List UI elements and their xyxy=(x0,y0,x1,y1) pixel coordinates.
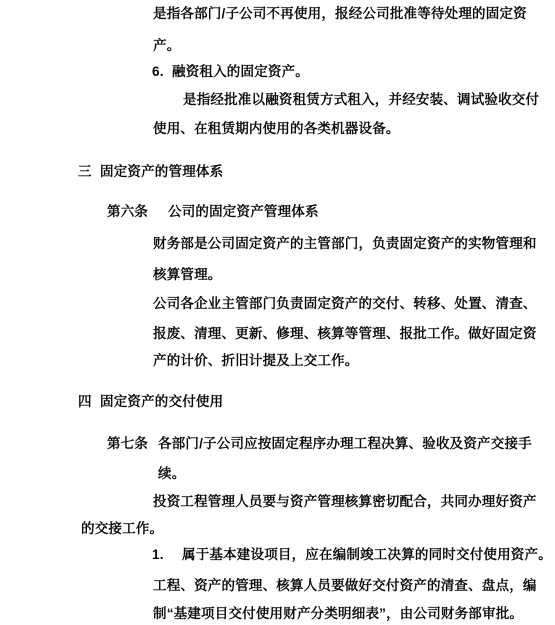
list-item-1: 1.属于基本建设项目，应在编制竣工决算的同时交付使用资产。 xyxy=(152,546,552,563)
section-title: 固定资产的交付使用 xyxy=(100,394,223,409)
paragraph-text: 产。 xyxy=(153,38,180,53)
article-number: 第六条 xyxy=(107,203,168,220)
paragraph-text: 核算管理。 xyxy=(153,267,222,282)
list-item-6: 6.融资租入的固定资产。 xyxy=(152,63,309,80)
paragraph-line: 财务部是公司固定资产的主管部门，负责固定资产的实物管理和 xyxy=(153,235,537,252)
list-item-text: 属于基本建设项目，应在编制竣工决算的同时交付使用资产。 xyxy=(182,547,552,562)
section-title: 固定资产的管理体系 xyxy=(100,164,223,179)
paragraph-line: 是指经批准以融资租赁方式租入，并经安装、调试验收交付 xyxy=(183,91,539,108)
document-page: 是指各部门/子公司不再使用，报经公司批准等待处理的固定资 产。 6.融资租入的固… xyxy=(0,0,555,625)
article-title: 公司的固定资产管理体系 xyxy=(168,204,319,219)
paragraph-line: 续。 xyxy=(158,465,185,482)
paragraph-text: 的交接工作。 xyxy=(81,521,163,536)
paragraph-line: 工程、资产的管理、核算人员要做好交付资产的清查、盘点，编 xyxy=(153,577,537,594)
section-heading-4: 四固定资产的交付使用 xyxy=(78,393,223,410)
paragraph-text: 续。 xyxy=(158,466,185,481)
paragraph-line: 制“基建项目交付使用财产分类明细表”，由公司财务部审批。 xyxy=(153,605,523,622)
paragraph-text: 投资工程管理人员要与资产管理核算密切配合，共同办理好资产 xyxy=(153,494,537,509)
paragraph-line: 使用、在租赁期内使用的各类机器设备。 xyxy=(153,120,400,137)
paragraph-line: 是指各部门/子公司不再使用，报经公司批准等待处理的固定资 xyxy=(153,5,527,22)
section-heading-3: 三固定资产的管理体系 xyxy=(78,163,223,180)
paragraph-text: 是指各部门/子公司不再使用，报经公司批准等待处理的固定资 xyxy=(153,6,527,21)
paragraph-line: 报废、清理、更新、修理、核算等管理、报批工作。做好固定资 xyxy=(153,325,537,342)
paragraph-line: 投资工程管理人员要与资产管理核算密切配合，共同办理好资产 xyxy=(153,493,537,510)
paragraph-text: 公司各企业主管部门负责固定资产的交付、转移、处置、清查、 xyxy=(153,296,537,311)
paragraph-text: 是指经批准以融资租赁方式租入，并经安装、调试验收交付 xyxy=(183,92,539,107)
article-6-heading: 第六条公司的固定资产管理体系 xyxy=(107,203,319,220)
list-item-text: 融资租入的固定资产。 xyxy=(172,64,309,79)
paragraph-text: 报废、清理、更新、修理、核算等管理、报批工作。做好固定资 xyxy=(153,326,537,341)
list-item-number: 6. xyxy=(152,63,172,80)
section-number: 三 xyxy=(78,163,100,180)
paragraph-line: 产的计价、折旧计提及上交工作。 xyxy=(153,352,359,369)
article-number: 第七条 xyxy=(107,435,158,452)
paragraph-line: 公司各企业主管部门负责固定资产的交付、转移、处置、清查、 xyxy=(153,295,537,312)
article-7-heading: 第七条各部门/子公司应按固定程序办理工程决算、验收及资产交接手 xyxy=(107,435,532,452)
paragraph-text: 财务部是公司固定资产的主管部门，负责固定资产的实物管理和 xyxy=(153,236,537,251)
paragraph-line: 产。 xyxy=(153,37,180,54)
paragraph-text: 使用、在租赁期内使用的各类机器设备。 xyxy=(153,121,400,136)
section-number: 四 xyxy=(78,393,100,410)
paragraph-text: 工程、资产的管理、核算人员要做好交付资产的清查、盘点，编 xyxy=(153,578,537,593)
paragraph-line: 的交接工作。 xyxy=(81,520,163,537)
article-text: 各部门/子公司应按固定程序办理工程决算、验收及资产交接手 xyxy=(158,436,532,451)
paragraph-text: 产的计价、折旧计提及上交工作。 xyxy=(153,353,359,368)
paragraph-line: 核算管理。 xyxy=(153,266,222,283)
list-item-number: 1. xyxy=(152,546,182,563)
paragraph-text: 制“基建项目交付使用财产分类明细表”，由公司财务部审批。 xyxy=(153,606,523,621)
